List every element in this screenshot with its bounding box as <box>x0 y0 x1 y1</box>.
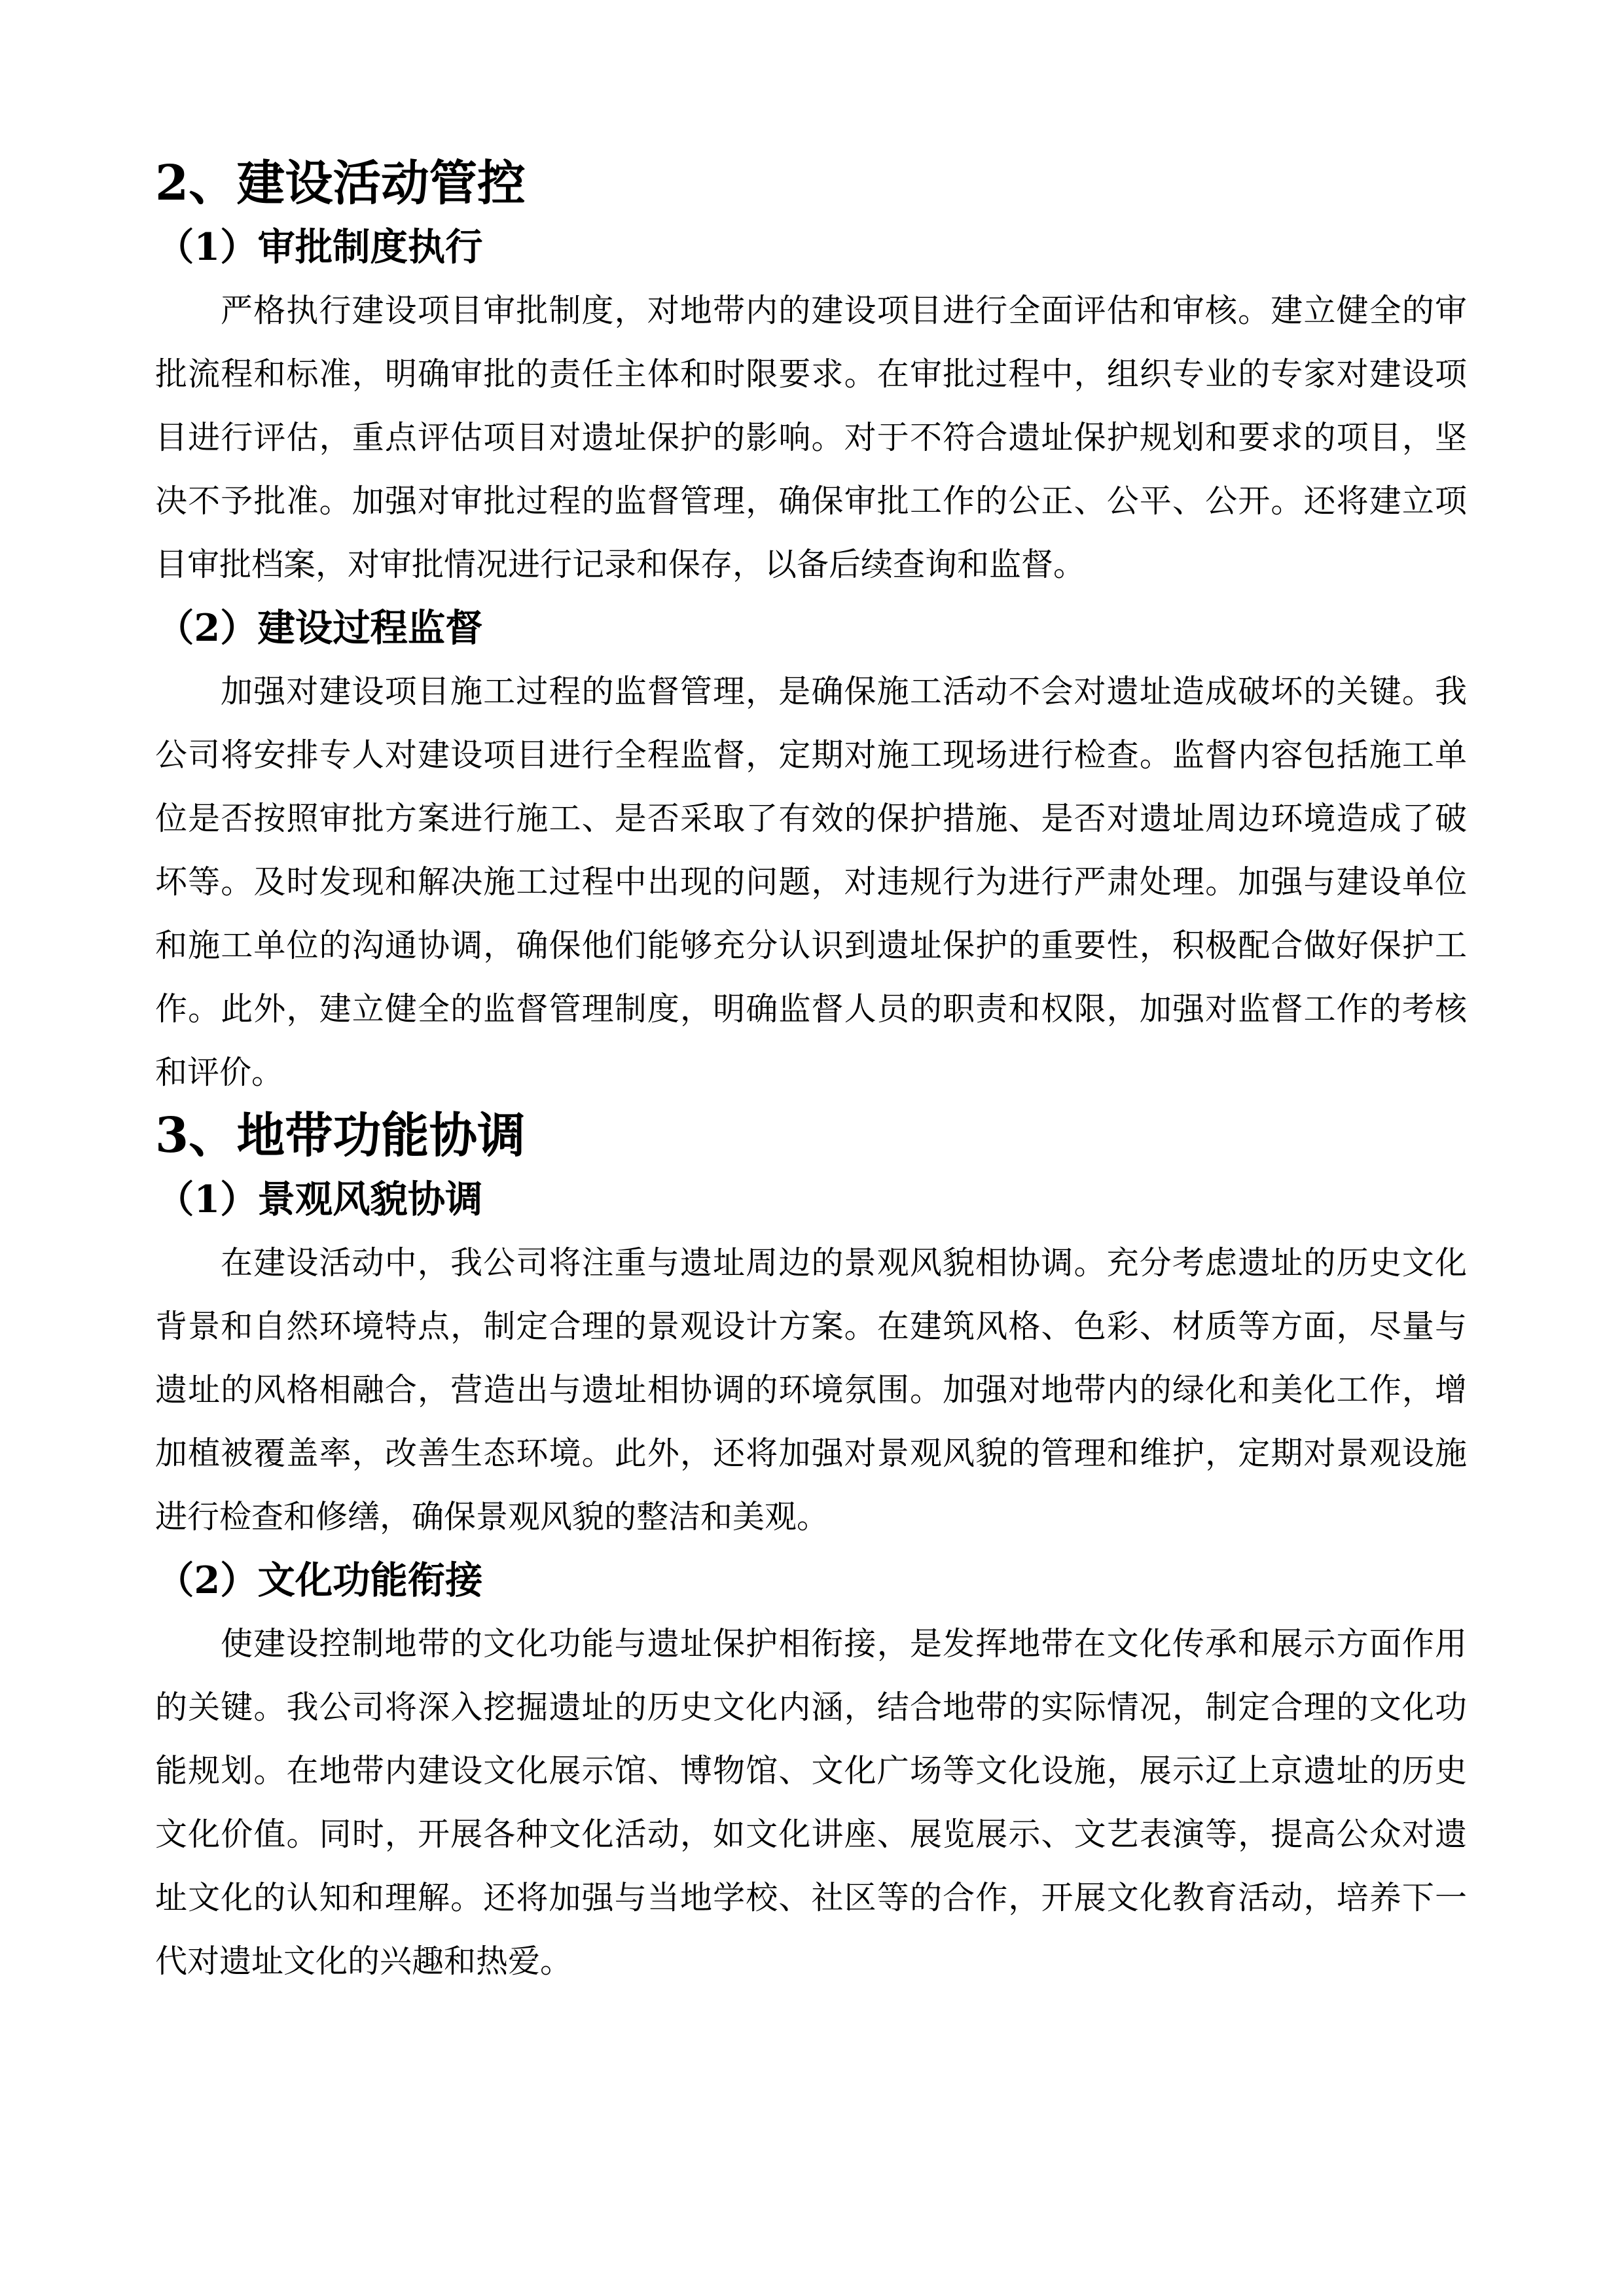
section-heading: 2、建设活动管控 <box>155 152 1467 215</box>
subsection-title: （1）审批制度执行 <box>155 215 1467 279</box>
section-heading: 3、地带功能协调 <box>155 1104 1467 1168</box>
paragraph: 使建设控制地带的文化功能与遗址保护相衔接，是发挥地带在文化传承和展示方面作用的关… <box>155 1612 1467 1993</box>
subsection-title: （2）建设过程监督 <box>155 596 1467 660</box>
paragraph: 加强对建设项目施工过程的监督管理，是确保施工活动不会对遗址造成破坏的关键。我公司… <box>155 660 1467 1104</box>
subsection-title: （2）文化功能衔接 <box>155 1549 1467 1612</box>
subsection-approval-system: （1）审批制度执行 严格执行建设项目审批制度，对地带内的建设项目进行全面评估和审… <box>155 215 1467 596</box>
section-zone-function-coordination: 3、地带功能协调 （1）景观风貌协调 在建设活动中，我公司将注重与遗址周边的景观… <box>155 1104 1467 1993</box>
section-construction-control: 2、建设活动管控 （1）审批制度执行 严格执行建设项目审批制度，对地带内的建设项… <box>155 152 1467 1104</box>
paragraph: 在建设活动中，我公司将注重与遗址周边的景观风貌相协调。充分考虑遗址的历史文化背景… <box>155 1231 1467 1549</box>
subsection-cultural-function: （2）文化功能衔接 使建设控制地带的文化功能与遗址保护相衔接，是发挥地带在文化传… <box>155 1549 1467 1993</box>
document-page: 2、建设活动管控 （1）审批制度执行 严格执行建设项目审批制度，对地带内的建设项… <box>155 152 1467 1993</box>
paragraph: 严格执行建设项目审批制度，对地带内的建设项目进行全面评估和审核。建立健全的审批流… <box>155 279 1467 596</box>
subsection-landscape-coordination: （1）景观风貌协调 在建设活动中，我公司将注重与遗址周边的景观风貌相协调。充分考… <box>155 1168 1467 1549</box>
subsection-title: （1）景观风貌协调 <box>155 1168 1467 1231</box>
subsection-construction-supervision: （2）建设过程监督 加强对建设项目施工过程的监督管理，是确保施工活动不会对遗址造… <box>155 596 1467 1104</box>
